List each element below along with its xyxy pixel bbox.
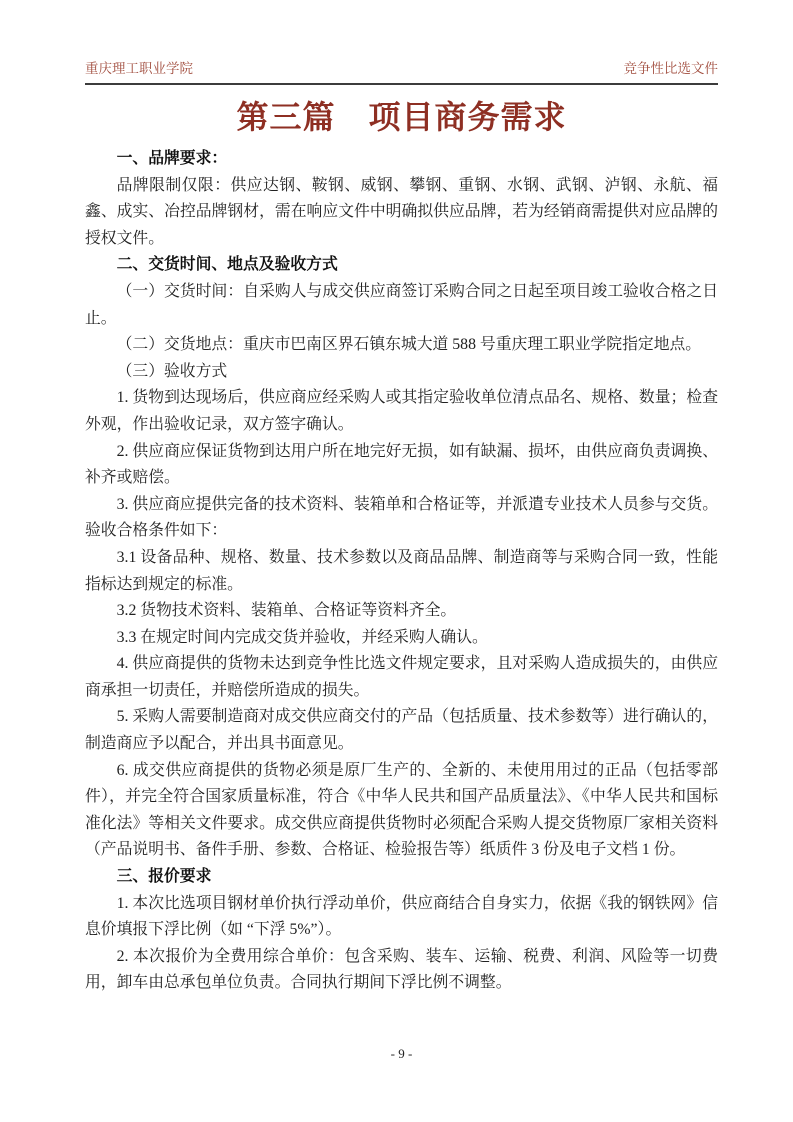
paragraph: 5. 采购人需要制造商对成交供应商交付的产品（包括质量、技术参数等）进行确认的，… bbox=[85, 704, 718, 757]
paragraph: 3.1 设备品种、规格、数量、技术参数以及商品品牌、制造商等与采购合同一致，性能… bbox=[85, 545, 718, 598]
paragraph: （三）验收方式 bbox=[85, 359, 718, 386]
document-body: 一、品牌要求：品牌限制仅限：供应达钢、鞍钢、威钢、攀钢、重钢、水钢、武钢、泸钢、… bbox=[85, 146, 718, 997]
header-doc-type: 竞争性比选文件 bbox=[624, 57, 719, 77]
paragraph: 3. 供应商应提供完备的技术资料、装箱单和合格证等，并派遣专业技术人员参与交货。… bbox=[85, 492, 718, 545]
paragraph: （一）交货时间：自采购人与成交供应商签订采购合同之日起至项目竣工验收合格之日止。 bbox=[85, 279, 718, 332]
paragraph: 4. 供应商提供的货物未达到竞争性比选文件规定要求，且对采购人造成损失的，由供应… bbox=[85, 651, 718, 704]
paragraph: 3.2 货物技术资料、装箱单、合格证等资料齐全。 bbox=[85, 598, 718, 625]
paragraph: 2. 本次报价为全费用综合单价：包含采购、装车、运输、税费、利润、风险等一切费用… bbox=[85, 944, 718, 997]
section-heading: 二、交货时间、地点及验收方式 bbox=[85, 252, 718, 279]
document-title: 第三篇 项目商务需求 bbox=[85, 99, 718, 136]
page-header: 重庆理工职业学院 竞争性比选文件 bbox=[85, 0, 718, 85]
paragraph: （二）交货地点：重庆市巴南区界石镇东城大道 588 号重庆理工职业学院指定地点。 bbox=[85, 332, 718, 359]
paragraph: 2. 供应商应保证货物到达用户所在地完好无损，如有缺漏、损坏，由供应商负责调换、… bbox=[85, 439, 718, 492]
paragraph: 6. 成交供应商提供的货物必须是原厂生产的、全新的、未使用用过的正品（包括零部件… bbox=[85, 758, 718, 864]
page-footer: - 9 - bbox=[85, 1046, 718, 1062]
paragraph: 1. 货物到达现场后，供应商应经采购人或其指定验收单位清点品名、规格、数量；检查… bbox=[85, 385, 718, 438]
paragraph: 品牌限制仅限：供应达钢、鞍钢、威钢、攀钢、重钢、水钢、武钢、泸钢、永航、福鑫、成… bbox=[85, 173, 718, 253]
section-heading: 三、报价要求 bbox=[85, 864, 718, 891]
header-org-name: 重庆理工职业学院 bbox=[85, 57, 193, 77]
paragraph: 3.3 在规定时间内完成交货并验收，并经采购人确认。 bbox=[85, 625, 718, 652]
section-heading: 一、品牌要求： bbox=[85, 146, 718, 173]
paragraph: 1. 本次比选项目钢材单价执行浮动单价，供应商结合自身实力，依据《我的钢铁网》信… bbox=[85, 891, 718, 944]
document-page: 重庆理工职业学院 竞争性比选文件 第三篇 项目商务需求 一、品牌要求：品牌限制仅… bbox=[0, 0, 793, 1122]
page-number: - 9 - bbox=[391, 1046, 413, 1061]
